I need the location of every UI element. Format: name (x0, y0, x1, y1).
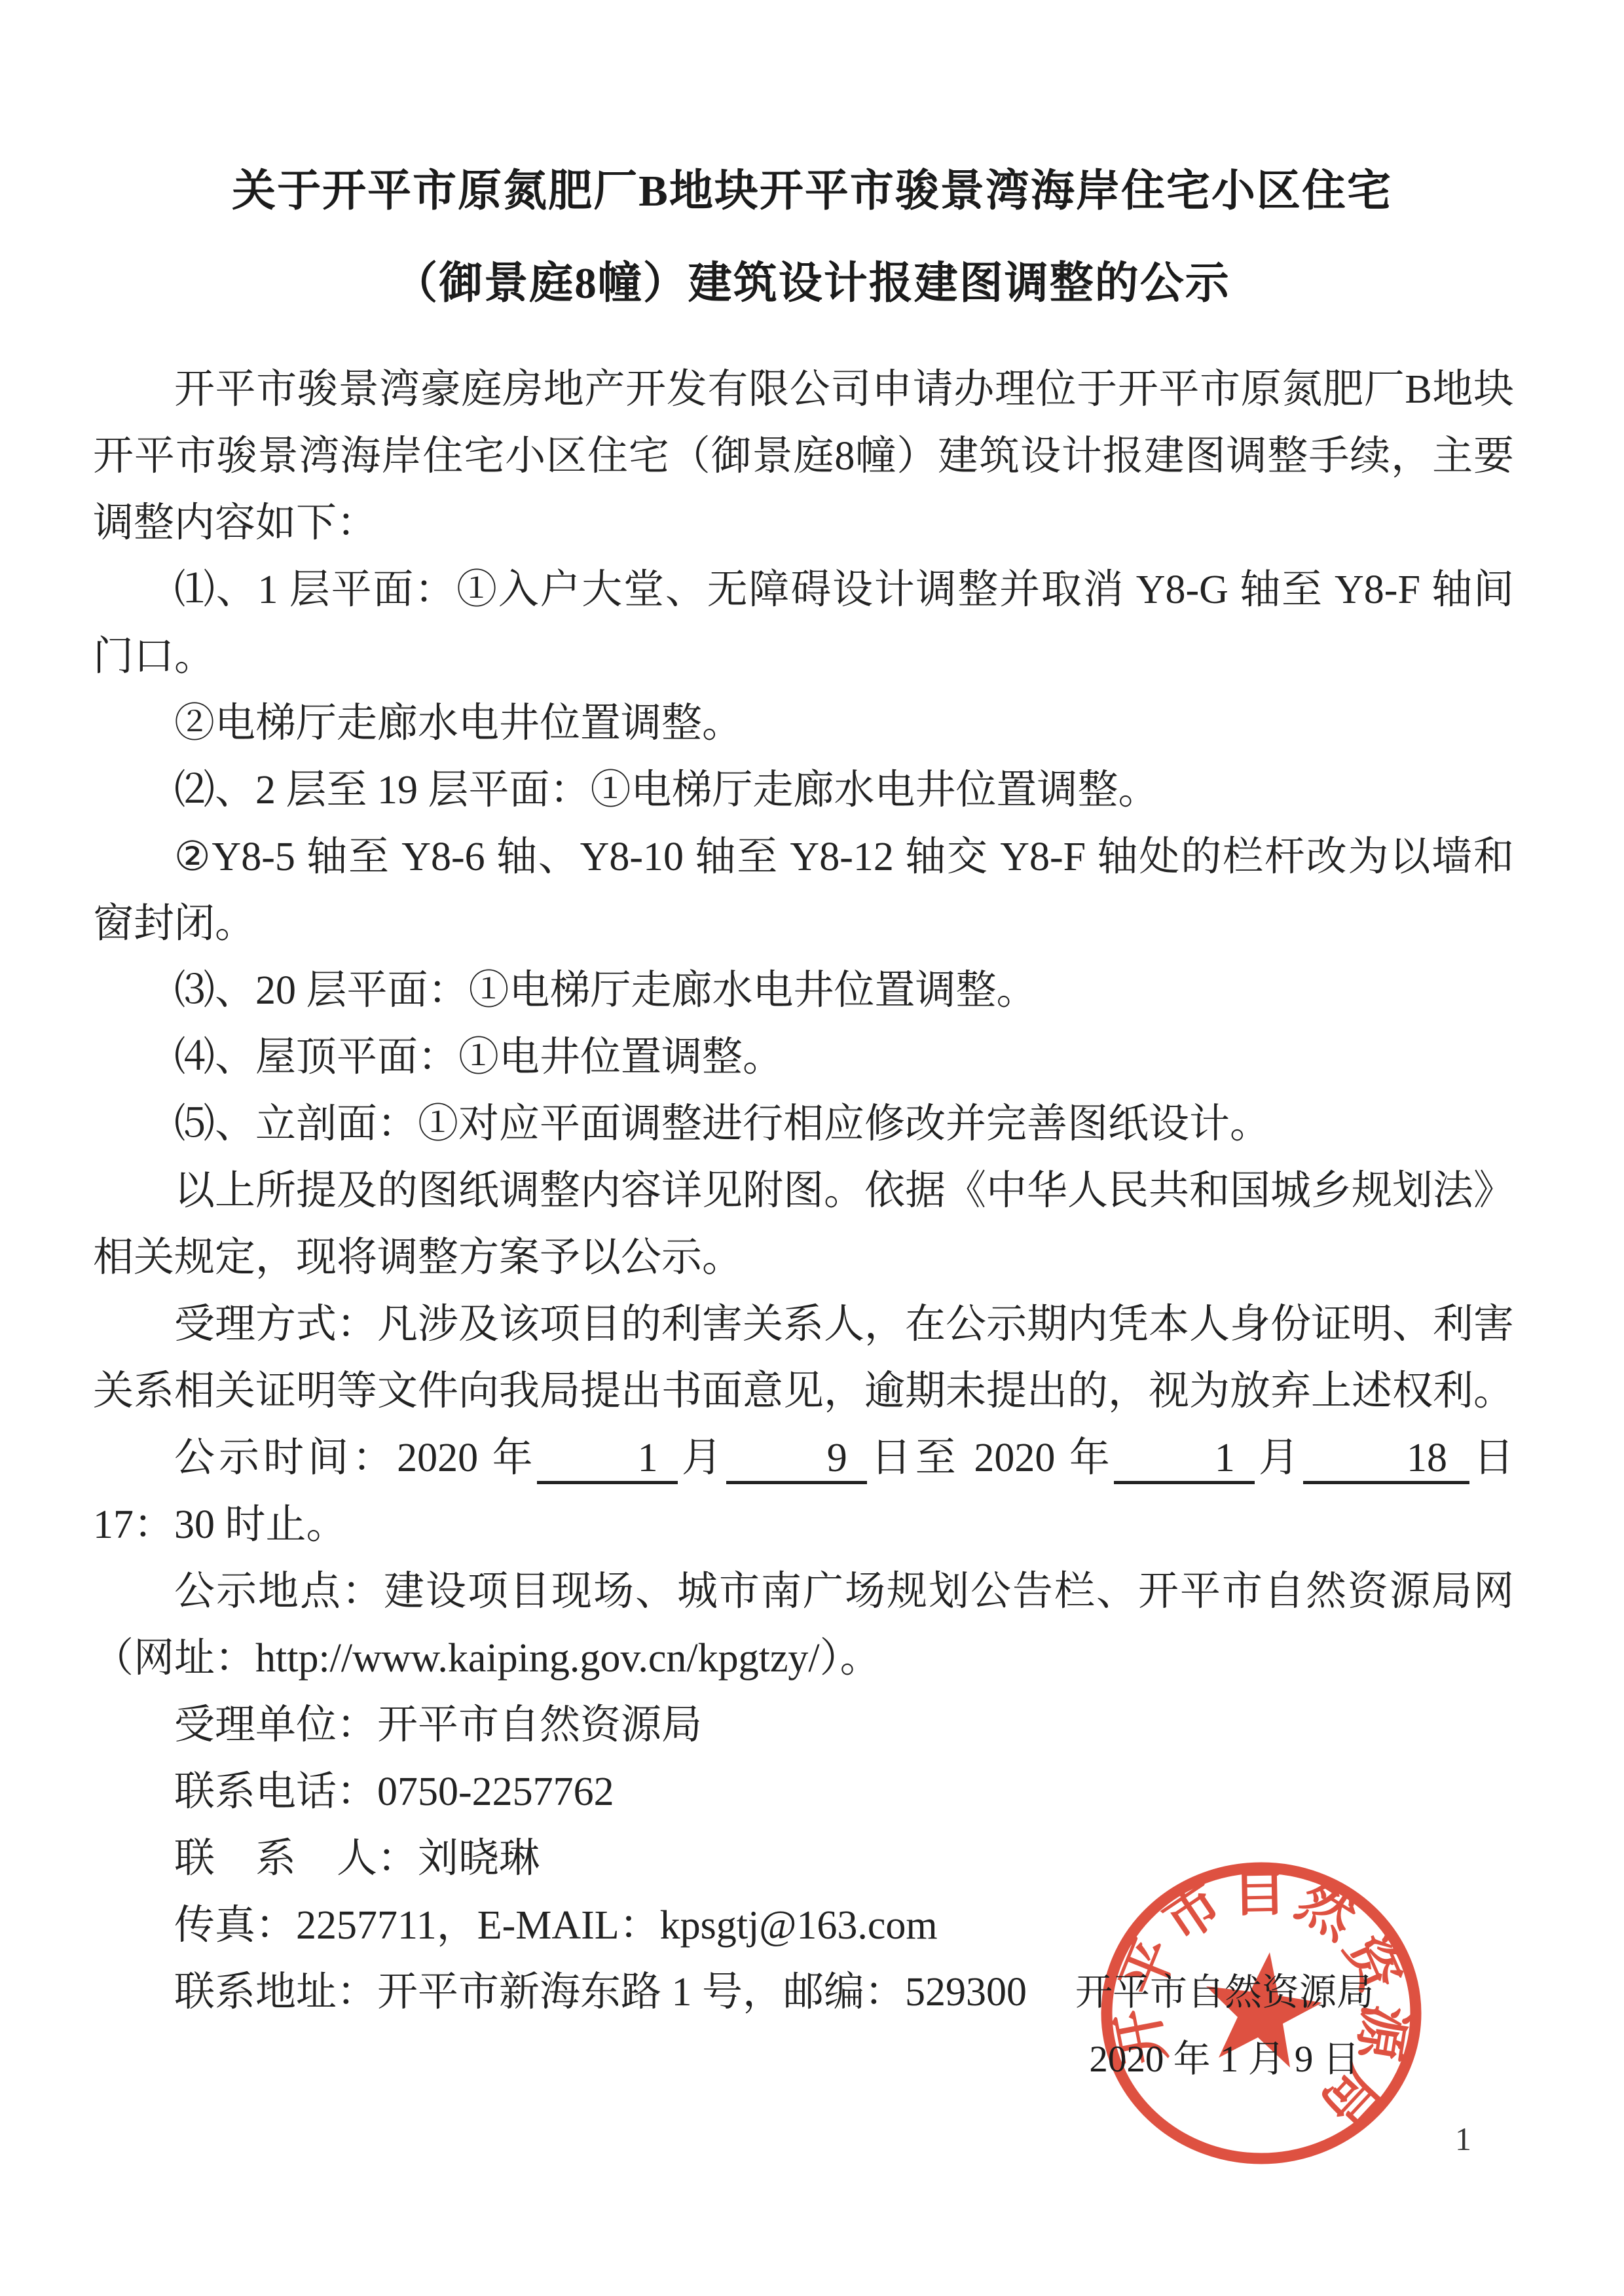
document-body: 开平市骏景湾豪庭房地产开发有限公司申请办理位于开平市原氮肥厂B地块开平市骏景湾海… (93, 356, 1514, 2026)
contact-unit-line: 受理单位：开平市自然资源局 (93, 1692, 1514, 1758)
publicity-time-prefix: 公示时间：2020 年 (174, 1436, 537, 1480)
page-number: 1 (1455, 2120, 1471, 2158)
acceptance-paragraph: 受理方式：凡涉及该项目的利害关系人，在公示期内凭本人身份证明、利害关系相关证明等… (93, 1291, 1514, 1425)
title-line-1: 关于开平市原氮肥厂B地块开平市骏景湾海岸住宅小区住宅 (0, 145, 1624, 238)
adjustment-item-6: ⑷、屋顶平面：①电井位置调整。 (93, 1024, 1514, 1091)
start-day-blank: 9 (726, 1435, 867, 1484)
publicity-time-line: 公示时间：2020 年1月9日至 2020 年1月18日 17：30 时止。 (93, 1425, 1514, 1558)
month-label-2: 月 (1255, 1436, 1303, 1480)
signature-date: 2020 年 1 月 9 日 (1061, 2026, 1388, 2093)
adjustment-item-2: ②电梯厅走廊水电井位置调整。 (93, 690, 1514, 757)
signature-block: 开平市自然资源局 2020 年 1 月 9 日 (1061, 1959, 1388, 2093)
start-month-blank: 1 (537, 1435, 678, 1484)
end-day-blank: 18 (1303, 1435, 1469, 1484)
publicity-time-mid: 日至 2020 年 (867, 1436, 1114, 1480)
adjustment-item-1: ⑴、1 层平面：①入户大堂、无障碍设计调整并取消 Y8-G 轴至 Y8-F 轴间… (93, 556, 1514, 690)
adjustment-item-5: ⑶、20 层平面：①电梯厅走廊水电井位置调整。 (93, 957, 1514, 1024)
signature-org: 开平市自然资源局 (1061, 1959, 1388, 2026)
end-month-blank: 1 (1114, 1435, 1255, 1484)
document-page: 关于开平市原氮肥厂B地块开平市骏景湾海岸住宅小区住宅 （御景庭8幢）建筑设计报建… (0, 0, 1624, 2296)
publicity-place-paragraph: 公示地点：建设项目现场、城市南广场规划公告栏、开平市自然资源局网（网址：http… (93, 1558, 1514, 1692)
basis-paragraph: 以上所提及的图纸调整内容详见附图。依据《中华人民共和国城乡规划法》相关规定，现将… (93, 1157, 1514, 1291)
intro-paragraph: 开平市骏景湾豪庭房地产开发有限公司申请办理位于开平市原氮肥厂B地块开平市骏景湾海… (93, 356, 1514, 556)
document-title: 关于开平市原氮肥厂B地块开平市骏景湾海岸住宅小区住宅 （御景庭8幢）建筑设计报建… (0, 145, 1624, 330)
seal-ring-char: 然 (1287, 1870, 1366, 1952)
title-line-2: （御景庭8幢）建筑设计报建图调整的公示 (0, 238, 1624, 330)
month-label-1: 月 (678, 1436, 726, 1480)
seal-ring-char: 自 (1231, 1861, 1287, 1923)
contact-phone-line: 联系电话：0750-2257762 (93, 1758, 1514, 1825)
adjustment-item-3: ⑵、2 层至 19 层平面：①电梯厅走廊水电井位置调整。 (93, 757, 1514, 824)
adjustment-item-4: ②Y8-5 轴至 Y8-6 轴、Y8-10 轴至 Y8-12 轴交 Y8-F 轴… (93, 824, 1514, 957)
adjustment-item-7: ⑸、立剖面：①对应平面调整进行相应修改并完善图纸设计。 (93, 1091, 1514, 1157)
seal-ring-char: 市 (1153, 1872, 1233, 1954)
